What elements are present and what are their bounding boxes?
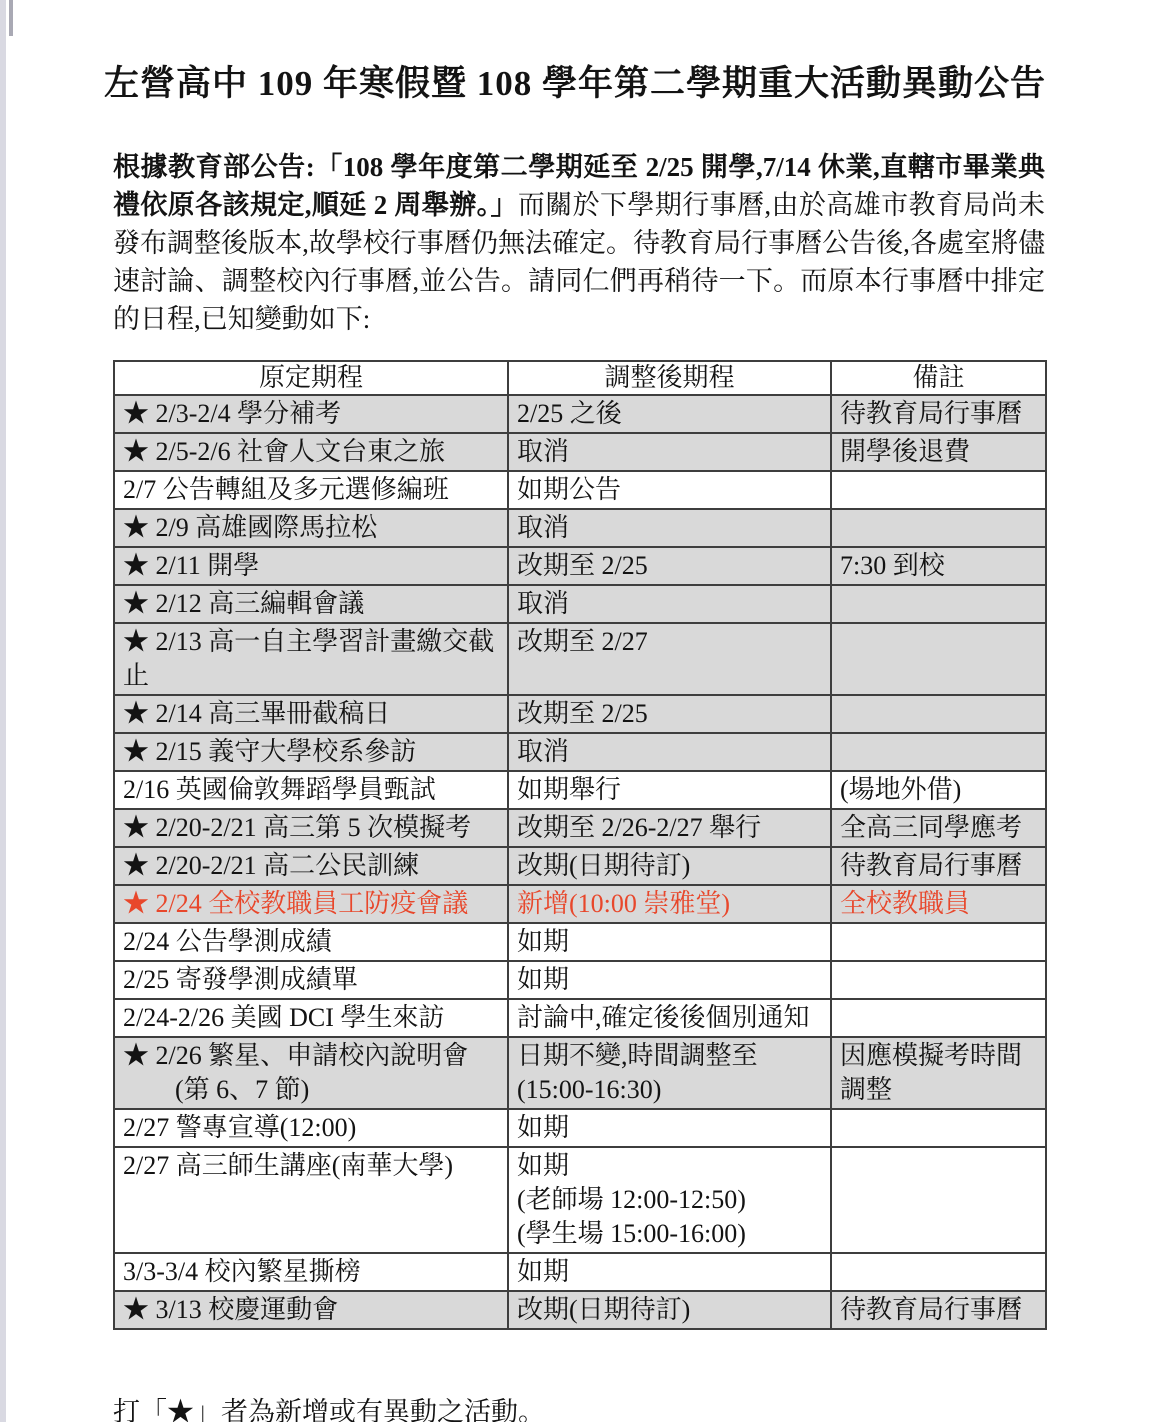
cell-remarks: 全高三同學應考 [831, 809, 1046, 847]
table-row: 2/25 寄發學測成績單如期 [114, 961, 1046, 999]
cell-original-schedule: ★ 2/26 繁星、申請校內說明會 (第 6、7 節) [114, 1037, 508, 1109]
cell-remarks [831, 1109, 1046, 1147]
scan-artifact [9, 0, 13, 36]
table-row: ★ 2/9 高雄國際馬拉松取消 [114, 509, 1046, 547]
table-row: ★ 2/11 開學改期至 2/257:30 到校 [114, 547, 1046, 585]
cell-adjusted-schedule: 如期 [508, 1109, 831, 1147]
cell-original-schedule: ★ 2/12 高三編輯會議 [114, 585, 508, 623]
table-row: ★ 2/26 繁星、申請校內說明會 (第 6、7 節)日期不變,時間調整至 (1… [114, 1037, 1046, 1109]
cell-adjusted-schedule: 如期公告 [508, 471, 831, 509]
cell-remarks [831, 999, 1046, 1037]
table-row: 2/16 英國倫敦舞蹈學員甄試如期舉行(場地外借) [114, 771, 1046, 809]
table-row: ★ 2/15 義守大學校系參訪取消 [114, 733, 1046, 771]
cell-remarks: 待教育局行事曆 [831, 395, 1046, 433]
cell-remarks [831, 623, 1046, 695]
cell-adjusted-schedule: 取消 [508, 733, 831, 771]
cell-adjusted-schedule: 新增(10:00 崇雅堂) [508, 885, 831, 923]
cell-original-schedule: 2/25 寄發學測成績單 [114, 961, 508, 999]
table-row: 2/24-2/26 美國 DCI 學生來訪討論中,確定後後個別通知 [114, 999, 1046, 1037]
cell-remarks [831, 695, 1046, 733]
table-row: ★ 2/12 高三編輯會議取消 [114, 585, 1046, 623]
page-title: 左營高中 109 年寒假暨 108 學年第二學期重大活動異動公告 [50, 56, 1100, 106]
table-row: ★ 2/13 高一自主學習計畫繳交截止改期至 2/27 [114, 623, 1046, 695]
cell-adjusted-schedule: 改期至 2/27 [508, 623, 831, 695]
cell-adjusted-schedule: 改期(日期待訂) [508, 847, 831, 885]
table-row: ★ 2/3-2/4 學分補考2/25 之後待教育局行事曆 [114, 395, 1046, 433]
cell-original-schedule: 2/24 公告學測成績 [114, 923, 508, 961]
table-row: 2/7 公告轉組及多元選修編班如期公告 [114, 471, 1046, 509]
table-body: ★ 2/3-2/4 學分補考2/25 之後待教育局行事曆★ 2/5-2/6 社會… [114, 395, 1046, 1329]
cell-adjusted-schedule: 取消 [508, 585, 831, 623]
table-row: ★ 2/20-2/21 高三第 5 次模擬考改期至 2/26-2/27 舉行全高… [114, 809, 1046, 847]
cell-remarks [831, 733, 1046, 771]
header-adjusted-schedule: 調整後期程 [508, 361, 831, 395]
cell-remarks [831, 923, 1046, 961]
table-row: 3/3-3/4 校內繁星撕榜如期 [114, 1253, 1046, 1291]
page-left-edge [0, 0, 6, 1422]
cell-adjusted-schedule: 取消 [508, 433, 831, 471]
cell-adjusted-schedule: 改期至 2/25 [508, 695, 831, 733]
cell-adjusted-schedule: 改期(日期待訂) [508, 1291, 831, 1329]
cell-remarks [831, 509, 1046, 547]
table-row: ★ 2/5-2/6 社會人文台東之旅取消開學後退費 [114, 433, 1046, 471]
cell-original-schedule: 3/3-3/4 校內繁星撕榜 [114, 1253, 508, 1291]
cell-remarks: 7:30 到校 [831, 547, 1046, 585]
cell-original-schedule: 2/27 警專宣導(12:00) [114, 1109, 508, 1147]
cell-adjusted-schedule: 如期 [508, 1253, 831, 1291]
cell-remarks [831, 471, 1046, 509]
cell-adjusted-schedule: 討論中,確定後後個別通知 [508, 999, 831, 1037]
cell-original-schedule: ★ 2/20-2/21 高二公民訓練 [114, 847, 508, 885]
cell-original-schedule: ★ 2/13 高一自主學習計畫繳交截止 [114, 623, 508, 695]
cell-remarks [831, 585, 1046, 623]
cell-original-schedule: ★ 2/20-2/21 高三第 5 次模擬考 [114, 809, 508, 847]
table-row: ★ 2/24 全校教職員工防疫會議新增(10:00 崇雅堂)全校教職員 [114, 885, 1046, 923]
cell-adjusted-schedule: 如期 [508, 923, 831, 961]
cell-adjusted-schedule: 如期 (老師場 12:00-12:50) (學生場 15:00-16:00) [508, 1147, 831, 1253]
schedule-table: 原定期程 調整後期程 備註 ★ 2/3-2/4 學分補考2/25 之後待教育局行… [113, 360, 1047, 1330]
cell-original-schedule: ★ 2/9 高雄國際馬拉松 [114, 509, 508, 547]
cell-remarks: (場地外借) [831, 771, 1046, 809]
cell-remarks: 開學後退費 [831, 433, 1046, 471]
cell-remarks: 待教育局行事曆 [831, 847, 1046, 885]
table-row: 2/24 公告學測成績如期 [114, 923, 1046, 961]
cell-remarks [831, 1147, 1046, 1253]
table-row: ★ 3/13 校慶運動會改期(日期待訂)待教育局行事曆 [114, 1291, 1046, 1329]
cell-adjusted-schedule: 如期 [508, 961, 831, 999]
cell-original-schedule: ★ 2/11 開學 [114, 547, 508, 585]
cell-adjusted-schedule: 如期舉行 [508, 771, 831, 809]
header-original-schedule: 原定期程 [114, 361, 508, 395]
cell-original-schedule: ★ 2/14 高三畢冊截稿日 [114, 695, 508, 733]
cell-original-schedule: ★ 3/13 校慶運動會 [114, 1291, 508, 1329]
cell-original-schedule: ★ 2/15 義守大學校系參訪 [114, 733, 508, 771]
cell-adjusted-schedule: 取消 [508, 509, 831, 547]
cell-remarks: 全校教職員 [831, 885, 1046, 923]
cell-original-schedule: 2/7 公告轉組及多元選修編班 [114, 471, 508, 509]
cell-adjusted-schedule: 改期至 2/26-2/27 舉行 [508, 809, 831, 847]
cell-original-schedule: ★ 2/3-2/4 學分補考 [114, 395, 508, 433]
cell-original-schedule: 2/16 英國倫敦舞蹈學員甄試 [114, 771, 508, 809]
cell-remarks [831, 961, 1046, 999]
cell-original-schedule: 2/24-2/26 美國 DCI 學生來訪 [114, 999, 508, 1037]
header-remarks: 備註 [831, 361, 1046, 395]
table-row: 2/27 警專宣導(12:00)如期 [114, 1109, 1046, 1147]
cell-adjusted-schedule: 改期至 2/25 [508, 547, 831, 585]
cell-remarks [831, 1253, 1046, 1291]
cell-original-schedule: ★ 2/5-2/6 社會人文台東之旅 [114, 433, 508, 471]
cell-remarks: 待教育局行事曆 [831, 1291, 1046, 1329]
cell-original-schedule: 2/27 高三師生講座(南華大學) [114, 1147, 508, 1253]
footnote: 打「★」者為新增或有異動之活動。 [113, 1390, 1150, 1422]
cell-adjusted-schedule: 日期不變,時間調整至 (15:00-16:30) [508, 1037, 831, 1109]
table-row: 2/27 高三師生講座(南華大學)如期 (老師場 12:00-12:50) (學… [114, 1147, 1046, 1253]
table-header-row: 原定期程 調整後期程 備註 [114, 361, 1046, 395]
intro-paragraph: 根據教育部公告:「108 學年度第二學期延至 2/25 開學,7/14 休業,直… [113, 148, 1045, 338]
cell-adjusted-schedule: 2/25 之後 [508, 395, 831, 433]
cell-remarks: 因應模擬考時間 調整 [831, 1037, 1046, 1109]
cell-original-schedule: ★ 2/24 全校教職員工防疫會議 [114, 885, 508, 923]
table-row: ★ 2/14 高三畢冊截稿日改期至 2/25 [114, 695, 1046, 733]
table-row: ★ 2/20-2/21 高二公民訓練改期(日期待訂)待教育局行事曆 [114, 847, 1046, 885]
